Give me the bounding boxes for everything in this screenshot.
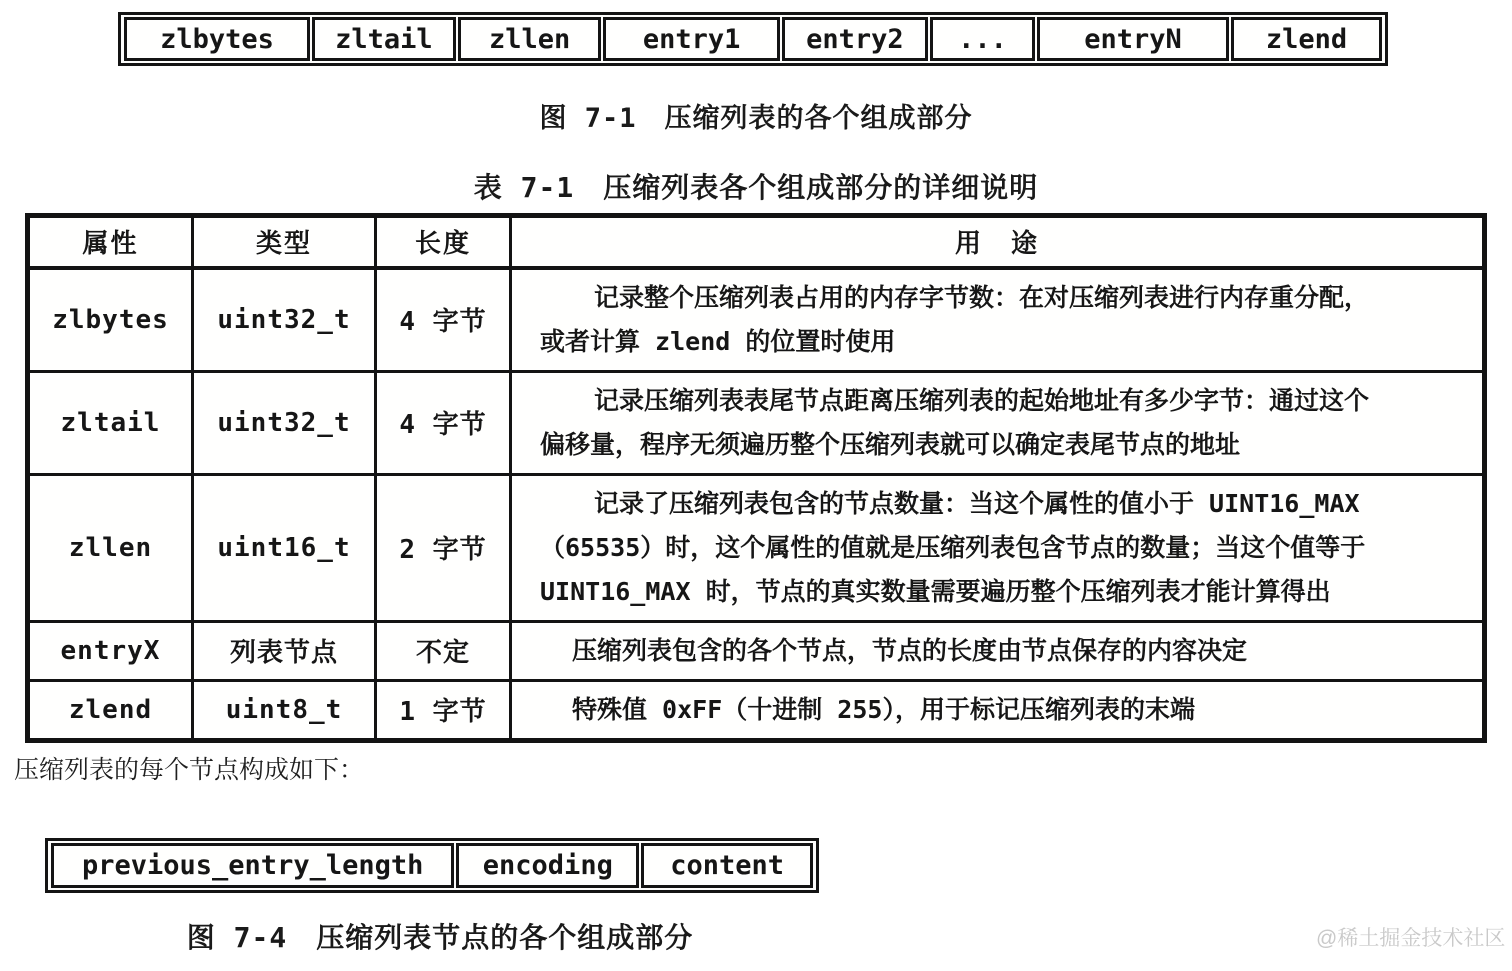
- fig2-label: previous_entry_length: [82, 850, 423, 881]
- cell-usage: 记录压缩列表表尾节点距离压缩列表的起始地址有多少字节：通过这个 偏移量，程序无须…: [511, 371, 1485, 474]
- table-row-zllen: zllen uint16_t 2 字节 记录了压缩列表包含的节点数量：当这个属性…: [28, 474, 1485, 621]
- fig1-cell-zlbytes: zlbytes: [124, 17, 310, 61]
- figure2-caption: 图 7-4 压缩列表节点的各个组成部分: [45, 916, 835, 956]
- fig1-label: entry1: [643, 24, 741, 55]
- fig1-label: entry2: [806, 24, 904, 55]
- usage-line: （65535）时，这个属性的值就是压缩列表包含节点的数量；当这个值等于: [540, 526, 1468, 570]
- fig2-label: encoding: [483, 850, 613, 881]
- cell-attr: zlbytes: [28, 268, 193, 372]
- fig1-label: entryN: [1084, 24, 1182, 55]
- fig1-cell-zltail: zltail: [312, 17, 456, 61]
- fig2-cell-content: content: [641, 843, 813, 888]
- cell-attr: zllen: [28, 474, 193, 621]
- fig1-label: zltail: [335, 24, 433, 55]
- col-header-attr: 属性: [28, 216, 193, 268]
- fig1-cell-entryN: entryN: [1037, 17, 1229, 61]
- fig1-cell-zlend: zlend: [1231, 17, 1382, 61]
- usage-line: 偏移量，程序无须遍历整个压缩列表就可以确定表尾节点的地址: [540, 423, 1468, 467]
- fig2-cell-previous-entry-length: previous_entry_length: [51, 843, 454, 888]
- cell-type: uint32_t: [193, 371, 376, 474]
- cell-length: 1 字节: [376, 680, 511, 740]
- figure-ziplist-layout: zlbytes zltail zllen entry1 entry2 ... e…: [118, 12, 1388, 66]
- cell-usage: 记录了压缩列表包含的节点数量：当这个属性的值小于 UINT16_MAX （655…: [511, 474, 1485, 621]
- fig2-cell-encoding: encoding: [456, 843, 639, 888]
- fig1-cell-entry1: entry1: [603, 17, 779, 61]
- fig1-cell-zllen: zllen: [458, 17, 602, 61]
- article-page: zlbytes zltail zllen entry1 entry2 ... e…: [0, 0, 1512, 971]
- paragraph-node-structure: 压缩列表的每个节点构成如下：: [14, 750, 364, 786]
- cell-type: uint16_t: [193, 474, 376, 621]
- fig1-label: zllen: [489, 24, 570, 55]
- col-header-usage: 用 途: [511, 216, 1485, 268]
- cell-length: 4 字节: [376, 268, 511, 372]
- cell-attr: zlend: [28, 680, 193, 740]
- cell-type: uint32_t: [193, 268, 376, 372]
- cell-type: 列表节点: [193, 621, 376, 680]
- figure1-caption: 图 7-1 压缩列表的各个组成部分: [0, 96, 1512, 135]
- fig1-label: zlbytes: [160, 24, 274, 55]
- col-header-length: 长度: [376, 216, 511, 268]
- usage-line: 记录压缩列表表尾节点距离压缩列表的起始地址有多少字节：通过这个: [540, 379, 1468, 423]
- fig1-label: zlend: [1266, 24, 1347, 55]
- col-header-type: 类型: [193, 216, 376, 268]
- fig1-cell-entry2: entry2: [782, 17, 928, 61]
- table-row-zlend: zlend uint8_t 1 字节 特殊值 0xFF（十进制 255），用于标…: [28, 680, 1485, 740]
- table-row-zlbytes: zlbytes uint32_t 4 字节 记录整个压缩列表占用的内存字节数：在…: [28, 268, 1485, 372]
- cell-usage: 记录整个压缩列表占用的内存字节数：在对压缩列表进行内存重分配， 或者计算 zle…: [511, 268, 1485, 372]
- table-header-row: 属性 类型 长度 用 途: [28, 216, 1485, 268]
- cell-type: uint8_t: [193, 680, 376, 740]
- watermark: @稀土掘金技术社区: [1316, 922, 1505, 952]
- cell-usage: 特殊值 0xFF（十进制 255），用于标记压缩列表的末端: [511, 680, 1485, 740]
- usage-line: 或者计算 zlend 的位置时使用: [540, 320, 1468, 364]
- cell-usage: 压缩列表包含的各个节点，节点的长度由节点保存的内容决定: [511, 621, 1485, 680]
- usage-line: 记录了压缩列表包含的节点数量：当这个属性的值小于 UINT16_MAX: [540, 482, 1468, 526]
- cell-length: 2 字节: [376, 474, 511, 621]
- cell-attr: entryX: [28, 621, 193, 680]
- table-row-entryX: entryX 列表节点 不定 压缩列表包含的各个节点，节点的长度由节点保存的内容…: [28, 621, 1485, 680]
- cell-attr: zltail: [28, 371, 193, 474]
- cell-length: 不定: [376, 621, 511, 680]
- usage-line: 记录整个压缩列表占用的内存字节数：在对压缩列表进行内存重分配，: [540, 276, 1468, 320]
- usage-line: 压缩列表包含的各个节点，节点的长度由节点保存的内容决定: [540, 629, 1468, 673]
- table-title: 表 7-1 压缩列表各个组成部分的详细说明: [0, 166, 1512, 206]
- table-row-zltail: zltail uint32_t 4 字节 记录压缩列表表尾节点距离压缩列表的起始…: [28, 371, 1485, 474]
- fig2-label: content: [670, 850, 784, 881]
- usage-line: 特殊值 0xFF（十进制 255），用于标记压缩列表的末端: [540, 688, 1468, 732]
- cell-length: 4 字节: [376, 371, 511, 474]
- ziplist-spec-table: 属性 类型 长度 用 途 zlbytes uint32_t 4 字节 记录整个压…: [25, 213, 1487, 743]
- usage-line: UINT16_MAX 时，节点的真实数量需要遍历整个压缩列表才能计算得出: [540, 570, 1468, 614]
- fig1-label: ...: [958, 24, 1007, 55]
- fig1-cell-ellipsis: ...: [930, 17, 1035, 61]
- figure-entry-layout: previous_entry_length encoding content: [45, 838, 819, 893]
